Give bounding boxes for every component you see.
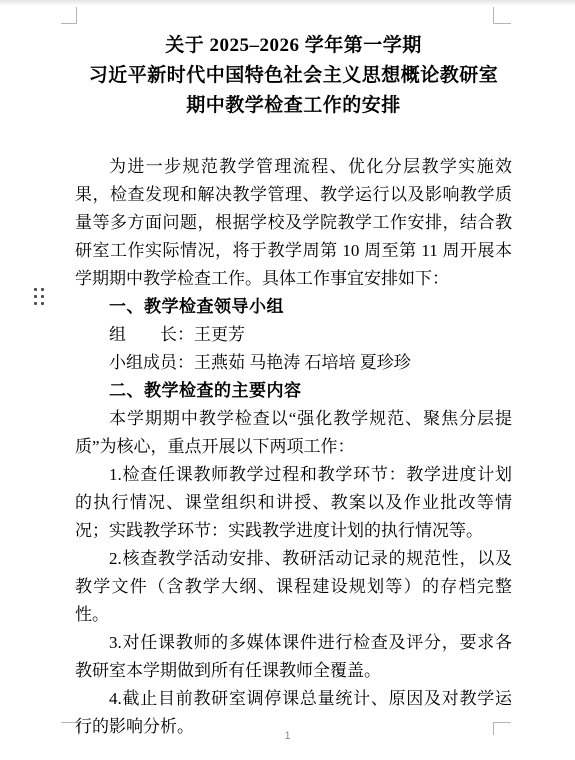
document-body: 为进一步规范教学管理流程、优化分层教学实施效果，检查发现和解决教学管理、教学运行… — [75, 153, 512, 741]
document-content: 关于 2025–2026 学年第一学期 习近平新时代中国特色社会主义思想概论教研… — [75, 31, 512, 741]
title-line: 期中教学检查工作的安排 — [75, 91, 512, 121]
document-title: 关于 2025–2026 学年第一学期 习近平新时代中国特色社会主义思想概论教研… — [75, 31, 512, 121]
paragraph-item-3: 3.对任课教师的多媒体课件进行检查及评分，要求各教研室本学期做到所有任课教师全覆… — [75, 629, 512, 685]
block-drag-handle-icon[interactable] — [34, 288, 44, 305]
drag-handle-dot — [34, 302, 37, 305]
drag-handle-dot — [34, 295, 37, 298]
paragraph-item-1: 1.检查任课教师教学过程和教学环节：教学进度计划的执行情况、课堂组织和讲授、教案… — [75, 461, 512, 545]
paragraph-group-members: 小组成员：王燕茹 马艳涛 石培培 夏珍珍 — [75, 349, 512, 377]
drag-handle-dot — [41, 288, 44, 291]
document-page: 关于 2025–2026 学年第一学期 习近平新时代中国特色社会主义思想概论教研… — [0, 0, 575, 760]
section-heading-1: 一、教学检查领导小组 — [75, 293, 512, 321]
drag-handle-dot — [41, 295, 44, 298]
drag-handle-dot — [34, 288, 37, 291]
text-boundary-mark-top-left — [61, 7, 77, 24]
drag-handle-dot — [41, 302, 44, 305]
title-line: 关于 2025–2026 学年第一学期 — [75, 31, 512, 61]
paragraph-core: 本学期期中教学检查以“强化教学规范、聚焦分层提质”为核心，重点开展以下两项工作： — [75, 405, 512, 461]
paragraph-group-leader: 组 长：王更芳 — [75, 321, 512, 349]
paragraph-item-2: 2.核查教学活动安排、教研活动记录的规范性，以及教学文件（含教学大纲、课程建设规… — [75, 545, 512, 629]
top-edge-shadow — [0, 0, 575, 6]
text-boundary-mark-top-right — [493, 7, 511, 24]
page-number: 1 — [0, 729, 575, 743]
section-heading-2: 二、教学检查的主要内容 — [75, 377, 512, 405]
title-line: 习近平新时代中国特色社会主义思想概论教研室 — [75, 61, 512, 91]
paragraph-intro: 为进一步规范教学管理流程、优化分层教学实施效果，检查发现和解决教学管理、教学运行… — [75, 153, 512, 293]
